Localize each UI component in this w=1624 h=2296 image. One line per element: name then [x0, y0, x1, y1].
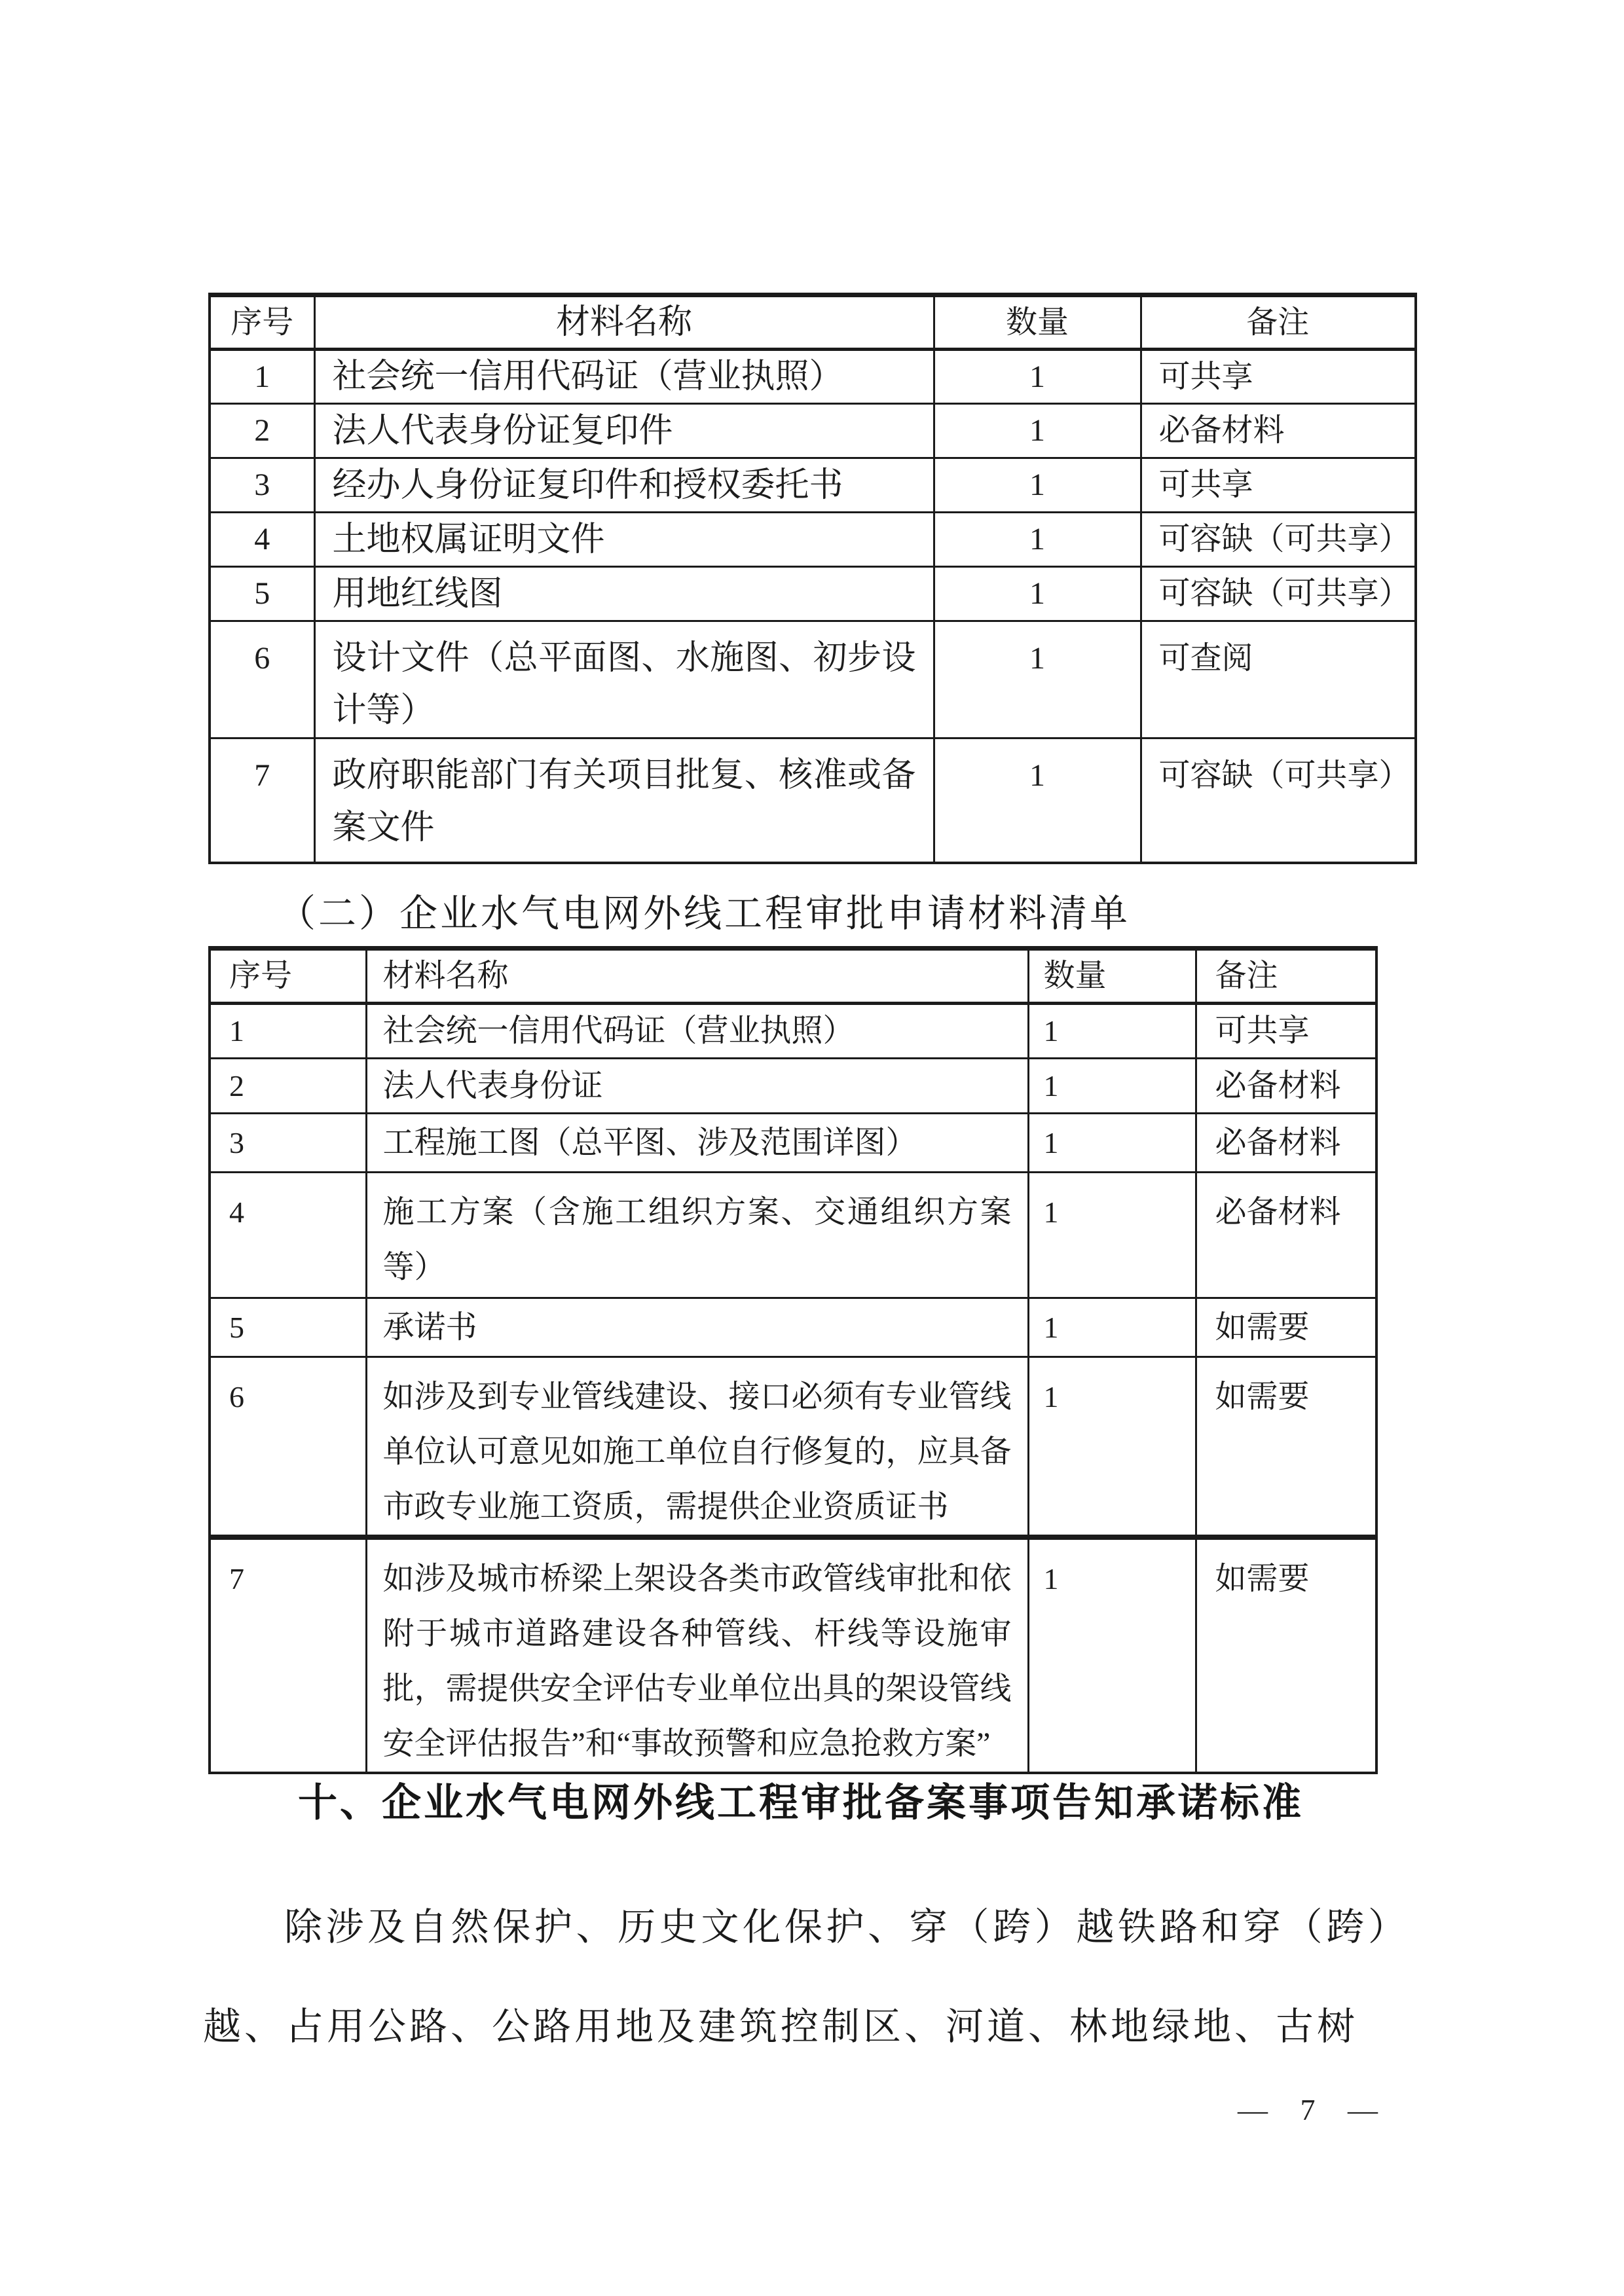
cell-note: 必备材料	[1196, 1114, 1376, 1173]
table-row: 5 用地红线图 1 可容缺（可共享）	[210, 567, 1416, 621]
cell-note: 可共享	[1196, 1004, 1376, 1059]
cell-qty: 1	[934, 458, 1141, 513]
cell-note: 可容缺（可共享）	[1141, 738, 1416, 863]
table-row: 6 如涉及到专业管线建设、接口必须有专业管线单位认可意见如施工单位自行修复的，应…	[210, 1357, 1376, 1538]
cell-qty: 1	[934, 513, 1141, 567]
cell-name: 如涉及到专业管线建设、接口必须有专业管线单位认可意见如施工单位自行修复的，应具备…	[366, 1357, 1028, 1538]
table-row: 1 社会统一信用代码证（营业执照） 1 可共享	[210, 350, 1416, 404]
cell-seq: 6	[210, 1357, 366, 1538]
cell-seq: 2	[210, 1059, 366, 1114]
cell-name: 土地权属证明文件	[314, 513, 934, 567]
cell-name: 承诺书	[366, 1298, 1028, 1357]
cell-qty: 1	[1028, 1357, 1196, 1538]
table-row: 3 工程施工图（总平图、涉及范围详图） 1 必备材料	[210, 1114, 1376, 1173]
cell-note: 可共享	[1141, 458, 1416, 513]
document-page: 序号 材料名称 数量 备注 1 社会统一信用代码证（营业执照） 1 可共享 2 …	[0, 0, 1624, 2296]
cell-qty: 1	[934, 404, 1141, 458]
table-header-row: 序号 材料名称 数量 备注	[210, 295, 1416, 350]
cell-seq: 7	[210, 738, 314, 863]
cell-seq: 5	[210, 1298, 366, 1357]
cell-qty: 1	[1028, 1298, 1196, 1357]
cell-seq: 4	[210, 1173, 366, 1298]
table-row: 2 法人代表身份证 1 必备材料	[210, 1059, 1376, 1114]
table-row: 7 政府职能部门有关项目批复、核准或备案文件 1 可容缺（可共享）	[210, 738, 1416, 863]
cell-name: 工程施工图（总平图、涉及范围详图）	[366, 1114, 1028, 1173]
cell-qty: 1	[1028, 1173, 1196, 1298]
column-header-name: 材料名称	[314, 295, 934, 350]
cell-qty: 1	[1028, 1537, 1196, 1773]
body-paragraph: 除涉及自然保护、历史文化保护、穿（跨）越铁路和穿（跨）越、占用公路、公路用地及建…	[203, 1878, 1409, 2077]
column-header-qty: 数量	[934, 295, 1141, 350]
column-header-seq: 序号	[210, 295, 314, 350]
table-row: 7 如涉及城市桥梁上架设各类市政管线审批和依附于城市道路建设各种管线、杆线等设施…	[210, 1537, 1376, 1773]
cell-note: 必备材料	[1141, 404, 1416, 458]
table-row: 6 设计文件（总平面图、水施图、初步设计等） 1 可查阅	[210, 621, 1416, 738]
section-heading-10: 十、企业水气电网外线工程审批备案事项告知承诺标准	[298, 1772, 1304, 1828]
table-row: 3 经办人身份证复印件和授权委托书 1 可共享	[210, 458, 1416, 513]
cell-seq: 5	[210, 567, 314, 621]
cell-seq: 6	[210, 621, 314, 738]
cell-name: 社会统一信用代码证（营业执照）	[366, 1004, 1028, 1059]
cell-name: 设计文件（总平面图、水施图、初步设计等）	[314, 621, 934, 738]
cell-note: 如需要	[1196, 1357, 1376, 1538]
cell-name: 社会统一信用代码证（营业执照）	[314, 350, 934, 404]
cell-name: 政府职能部门有关项目批复、核准或备案文件	[314, 738, 934, 863]
cell-qty: 1	[934, 567, 1141, 621]
column-header-name: 材料名称	[366, 949, 1028, 1004]
material-list-table-1: 序号 材料名称 数量 备注 1 社会统一信用代码证（营业执照） 1 可共享 2 …	[208, 293, 1417, 864]
table-row: 5 承诺书 1 如需要	[210, 1298, 1376, 1357]
table-header-row: 序号 材料名称 数量 备注	[210, 949, 1376, 1004]
table-row: 4 施工方案（含施工组织方案、交通组织方案等） 1 必备材料	[210, 1173, 1376, 1298]
cell-name: 施工方案（含施工组织方案、交通组织方案等）	[366, 1173, 1028, 1298]
table-row: 2 法人代表身份证复印件 1 必备材料	[210, 404, 1416, 458]
cell-name: 经办人身份证复印件和授权委托书	[314, 458, 934, 513]
cell-qty: 1	[1028, 1004, 1196, 1059]
table-row: 4 土地权属证明文件 1 可容缺（可共享）	[210, 513, 1416, 567]
cell-qty: 1	[1028, 1059, 1196, 1114]
cell-name: 如涉及城市桥梁上架设各类市政管线审批和依附于城市道路建设各种管线、杆线等设施审批…	[366, 1537, 1028, 1773]
cell-note: 可共享	[1141, 350, 1416, 404]
material-list-table-2: 序号 材料名称 数量 备注 1 社会统一信用代码证（营业执照） 1 可共享 2 …	[208, 946, 1378, 1774]
cell-note: 如需要	[1196, 1537, 1376, 1773]
cell-seq: 2	[210, 404, 314, 458]
table-row: 1 社会统一信用代码证（营业执照） 1 可共享	[210, 1004, 1376, 1059]
cell-qty: 1	[934, 350, 1141, 404]
cell-seq: 3	[210, 458, 314, 513]
cell-note: 必备材料	[1196, 1173, 1376, 1298]
cell-note: 可容缺（可共享）	[1141, 513, 1416, 567]
cell-name: 法人代表身份证	[366, 1059, 1028, 1114]
cell-note: 必备材料	[1196, 1059, 1376, 1114]
cell-note: 如需要	[1196, 1298, 1376, 1357]
cell-name: 法人代表身份证复印件	[314, 404, 934, 458]
cell-seq: 3	[210, 1114, 366, 1173]
section-heading-2: （二）企业水气电网外线工程审批申请材料清单	[278, 883, 1130, 938]
cell-seq: 1	[210, 350, 314, 404]
cell-name: 用地红线图	[314, 567, 934, 621]
column-header-note: 备注	[1141, 295, 1416, 350]
cell-qty: 1	[934, 621, 1141, 738]
column-header-note: 备注	[1196, 949, 1376, 1004]
cell-seq: 7	[210, 1537, 366, 1773]
page-number: — 7 —	[1238, 2092, 1379, 2127]
cell-qty: 1	[934, 738, 1141, 863]
cell-qty: 1	[1028, 1114, 1196, 1173]
column-header-seq: 序号	[210, 949, 366, 1004]
cell-note: 可查阅	[1141, 621, 1416, 738]
cell-note: 可容缺（可共享）	[1141, 567, 1416, 621]
cell-seq: 4	[210, 513, 314, 567]
column-header-qty: 数量	[1028, 949, 1196, 1004]
cell-seq: 1	[210, 1004, 366, 1059]
